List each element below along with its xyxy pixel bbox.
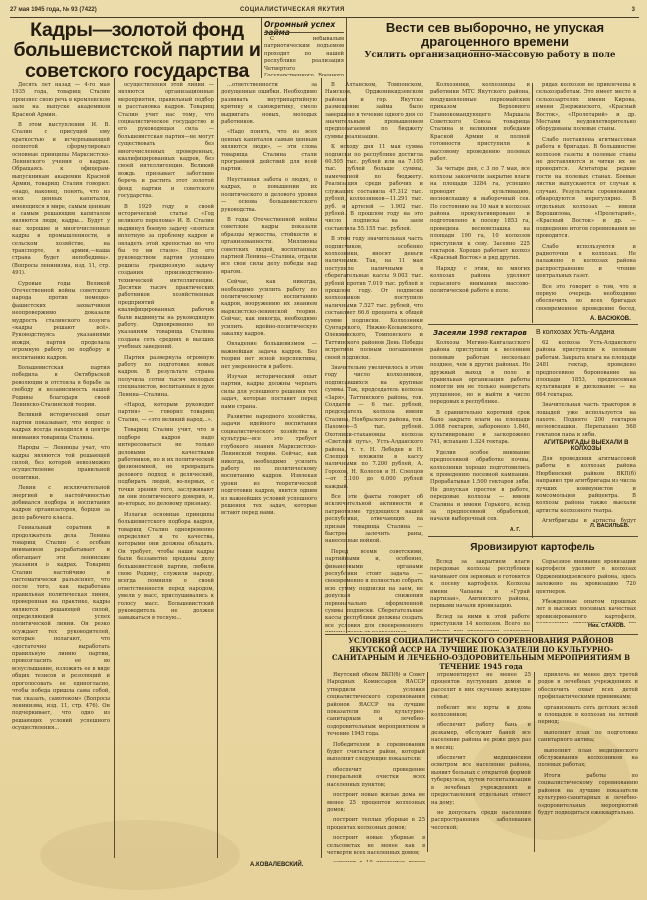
paragraph: Значительная часть тракторов и лошадей у… xyxy=(536,402,636,436)
paragraph: заменит в 10 процентах домов камелька ул… xyxy=(327,860,425,862)
paragraph: Вслед за закрытием влаги передовые колхо… xyxy=(430,559,530,611)
paragraph: 62 колхоза Усть-Алданского района присту… xyxy=(536,340,636,399)
column-rule xyxy=(114,78,115,858)
paragraph: организовать сеть детских яслей и площад… xyxy=(538,705,638,727)
paragraph: Колхозы Мегино-Кангаласского района прис… xyxy=(430,340,530,407)
paragraph: Колхозники, колхозницы и работники МТС Я… xyxy=(430,82,530,163)
hectares-1998-signature: А. Г. xyxy=(510,527,520,533)
paragraph: Ленин с исключительной энергией и настой… xyxy=(12,485,110,522)
paragraph: Значительно увеличилось в этом году числ… xyxy=(325,365,423,491)
paragraph: Большевистская партия победила в Октябрь… xyxy=(12,365,110,409)
sowing-signature: А. ВАСЮКОВ. xyxy=(590,316,631,322)
competition-headline: УСЛОВИЯ СОЦИАЛИСТИЧЕСКОГО СОРЕВНОВАНИЯ Р… xyxy=(330,637,632,671)
paragraph: Десять лет назад — 4-го мая 1935 года, т… xyxy=(12,82,110,119)
paragraph: Слабо поставлена агитмассовая работа в б… xyxy=(536,137,636,241)
paragraph: Вслед за ними к этой работе приступили 1… xyxy=(430,614,530,631)
masthead: 27 мая 1945 года, № 93 (7422) СОЦИАЛИСТИ… xyxy=(10,5,639,17)
paragraph: К исходу дня 11 мая сумма подписки по ре… xyxy=(325,144,423,233)
agitbrigades-headline: АГИТБРИГАДЫ ВЫЕХАЛИ В КОЛХОЗЫ xyxy=(540,440,632,452)
paragraph: рядах колхозов не привлечены к сельхозра… xyxy=(536,82,636,134)
loan-article-intro: С небывалым патриотическим подъемом прох… xyxy=(264,36,344,76)
agitbrigades-signature: Л. ВАСИЛЬЕВ. xyxy=(590,523,629,529)
paragraph: В сравнительно короткий срок было закрыт… xyxy=(430,410,530,447)
paragraph: построит новые уборные в сельсоветах не … xyxy=(327,835,425,857)
paragraph: Сейчас, как никогда, необходимо усилить … xyxy=(221,279,317,338)
page-number: 3 xyxy=(632,7,635,13)
paragraph: Наряду с этим, во многих колхозах района… xyxy=(430,266,530,296)
column-rule xyxy=(532,560,533,632)
paragraph: В 1929 году в своей исторической статье … xyxy=(118,204,214,352)
paragraph: побелит все юрты и дома колхозников; xyxy=(431,705,531,720)
paragraph: Все это говорит о том, что в первую очер… xyxy=(536,284,636,312)
paragraph: обеспечит медицинским осмотром все насел… xyxy=(431,755,531,807)
sowing-article-column-1: Колхозники, колхозницы и работники МТС Я… xyxy=(430,82,530,322)
lead-headline: Кадры—золотой фонд большевистской партии… xyxy=(12,20,262,81)
column-rule xyxy=(532,338,533,538)
lead-article-column-1: Десять лет назад — 4-го мая 1935 года, т… xyxy=(12,82,110,857)
paragraph: Перед всеми советскими, партийными и, ос… xyxy=(325,549,423,632)
paragraph: Уделив особое внимание предпосевной обра… xyxy=(430,450,530,524)
divider xyxy=(325,634,638,635)
divider xyxy=(428,536,638,537)
paragraph: Народы — Ленинцы учат, что кадры являютс… xyxy=(12,445,110,482)
paragraph: ...ответственности за допущенные ошибки.… xyxy=(221,82,317,126)
paragraph: выполнит план медицинского обслуживания … xyxy=(538,748,638,770)
lead-article-column-3: ...ответственности за допущенные ошибки.… xyxy=(221,82,317,782)
paragraph: Изучая исторический опыт партии, кадры д… xyxy=(221,374,317,411)
column-rule xyxy=(532,83,533,323)
sowing-headline: Вести сев выборочно, не упуская драгоцен… xyxy=(360,21,630,48)
paragraph: С небывалым патриотическим подъемом прох… xyxy=(264,36,344,76)
agitbrigades-body: Для проведения агитмассовой работы в кол… xyxy=(536,456,636,524)
ust-aldan-body: 62 колхоза Усть-Алданского района присту… xyxy=(536,340,636,436)
paragraph: Итоги работы по социалистическому соревн… xyxy=(538,773,638,817)
paragraph: За четыре дня, с 3 по 7 мая, все колхозы… xyxy=(430,166,530,262)
paragraph: Для проведения агитмассовой работы в кол… xyxy=(536,456,636,515)
paragraph: Убежденные опытом прошлых лет в высоких … xyxy=(536,599,636,623)
paragraph: Партия развернула огромную работу по под… xyxy=(118,355,214,399)
sowing-article-column-2: рядах колхозов не привлечены к сельхозра… xyxy=(536,82,636,312)
competition-column-1: Якутский обком ВКП(б) и Совет Народных К… xyxy=(327,672,425,862)
paragraph: Развитие народного хозяйства, задачи иде… xyxy=(221,414,317,518)
paragraph: Неустанная забота о людях, о кадрах, о п… xyxy=(221,177,317,214)
lead-article-column-2: осуществления этой линии — являются орга… xyxy=(118,82,214,857)
paragraph: привлечь не менее двух третей родов в ле… xyxy=(538,672,638,702)
sowing-subheadline: Усилить организационно-массовую работу в… xyxy=(345,51,635,60)
competition-column-2: отремонтирует не менее 25 процентов пуст… xyxy=(431,672,531,862)
ust-aldan-headline: В колхозах Усть-Алдана xyxy=(536,329,636,336)
paragraph: Великий исторический опыт партии показыв… xyxy=(12,412,110,442)
paragraph: обеспечит проведение генеральной очистки… xyxy=(327,767,425,789)
paragraph: построит новые жилые дома не менее 25 пр… xyxy=(327,792,425,814)
paragraph: В этом выступлении И. В. Сталин с присущ… xyxy=(12,122,110,278)
paragraph: отремонтирует не менее 25 процентов пуст… xyxy=(431,672,531,702)
paragraph: обеспечит работу бань и дезкамер, обслуж… xyxy=(431,722,531,752)
paragraph: «Надо понять, что из всех ценных капитал… xyxy=(221,129,317,173)
column-rule xyxy=(217,78,218,858)
paragraph: В годы Отечественной войны советские кад… xyxy=(221,217,317,276)
lead-signature: А.КОВАЛЕВСКИЙ. xyxy=(250,862,303,868)
paragraph: «Народ, которым руководит партия» — гово… xyxy=(118,402,214,424)
hectares-1998-headline: Засеяли 1998 гектаров xyxy=(430,329,530,337)
paragraph: построит теплые уборные в 25 процентах к… xyxy=(327,817,425,832)
potato-column-1: Вслед за закрытием влаги передовые колхо… xyxy=(430,559,530,631)
loan-headline: Огромный успех займа xyxy=(264,21,346,37)
potato-signature: Ник. СТАХОВ. xyxy=(588,623,625,629)
column-rule xyxy=(427,672,428,852)
hectares-1998-body: Колхозы Мегино-Кангаласского района прис… xyxy=(430,340,530,525)
paragraph: Суровые годы Великой Отечественной войны… xyxy=(12,281,110,362)
paragraph: В этом году значительная часть подписчик… xyxy=(325,236,423,362)
paragraph: Гениальный соратник и продолжатель дела … xyxy=(12,525,110,732)
paragraph: Слабо используются и радиоточки в колхоз… xyxy=(536,244,636,281)
column-rule xyxy=(261,18,262,78)
paragraph: Серьезное внимание яровизации картофеля … xyxy=(536,559,636,596)
newspaper-name: СОЦИАЛИСТИЧЕСКАЯ ЯКУТИЯ xyxy=(240,7,345,13)
divider xyxy=(264,32,344,33)
column-rule xyxy=(321,78,322,858)
potato-column-2: Серьезное внимание яровизации картофеля … xyxy=(536,559,636,623)
potato-headline: Яровизируют картофель xyxy=(430,542,635,553)
loan-article-body: В Алтанском, Томпонском, Намском, Орджон… xyxy=(325,82,423,632)
paragraph: выполнит план по подготовке санитарного … xyxy=(538,730,638,745)
competition-column-3: привлечь не менее двух третей родов в ле… xyxy=(538,672,638,862)
paragraph: Овладение большевизмом — важнейшая задач… xyxy=(221,341,317,371)
paragraph: Излагая основные принципы большевистског… xyxy=(118,512,214,623)
paragraph: Победителем в соревновании будет считать… xyxy=(327,742,425,764)
issue-date: 27 мая 1945 года, № 93 (7422) xyxy=(10,7,97,13)
paragraph: осуществления этой линии — являются орга… xyxy=(118,82,214,201)
paragraph: Все эти факты говорят об исключительной … xyxy=(325,494,423,546)
paragraph: Якутский обком ВКП(б) и Совет Народных К… xyxy=(327,672,425,739)
newspaper-page: 27 мая 1945 года, № 93 (7422) СОЦИАЛИСТИ… xyxy=(0,0,647,900)
divider xyxy=(428,324,638,325)
paragraph: В Алтанском, Томпонском, Намском, Орджон… xyxy=(325,82,423,141)
column-rule xyxy=(534,672,535,852)
paragraph: не допускать среди населения распростран… xyxy=(431,810,531,832)
paragraph: Товарищ Сталин учит, что в подборе кадро… xyxy=(118,427,214,508)
masthead-rule xyxy=(10,17,639,18)
